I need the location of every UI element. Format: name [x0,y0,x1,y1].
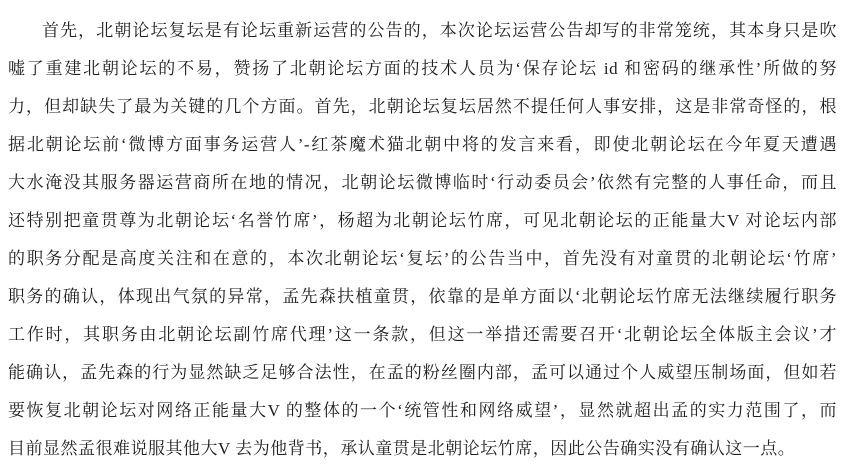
text-line: 工作时，其职务由北朝论坛副竹席代理’这一条款，但这一举措还需要召开‘北朝论坛全体… [8,316,837,354]
text-line: 职务的确认，体现出气氛的异常，孟先森扶植童贯，依靠的是单方面以‘北朝论坛竹席无法… [8,278,837,316]
text-line: 要恢复北朝论坛对网络正能量大V 的整体的一个‘统管性和网络威望’，显然就超出孟的… [8,392,837,430]
text-line: 还特别把童贯尊为北朝论坛‘名誉竹席’，杨超为北朝论坛竹席，可见北朝论坛的正能量大… [8,202,837,240]
text-line: 目前显然孟很难说服其他大V 去为他背书，承认童贯是北朝论坛竹席，因此公告确实没有… [8,430,837,468]
text-line: 能确认，孟先森的行为显然缺乏足够合法性，在孟的粉丝圈内部，孟可以通过个人威望压制… [8,354,837,392]
text-line: 嘘了重建北朝论坛的不易，赞扬了北朝论坛方面的技术人员为‘保存论坛 id 和密码的… [8,50,837,88]
paragraph: 首先，北朝论坛复坛是有论坛重新运营的公告的，本次论坛运营公告却写的非常笼统，其本… [8,12,837,468]
document-page: 首先，北朝论坛复坛是有论坛重新运营的公告的，本次论坛运营公告却写的非常笼统，其本… [0,0,845,475]
text-line: 大水淹没其服务器运营商所在地的情况，北朝论坛微博临时‘行动委员会’依然有完整的人… [8,164,837,202]
text-line: 首先，北朝论坛复坛是有论坛重新运营的公告的，本次论坛运营公告却写的非常笼统，其本… [8,12,837,50]
text-line: 据北朝论坛前‘微博方面事务运营人’-红茶魔术猫北朝中将的发言来看，即使北朝论坛在… [8,126,837,164]
text-line: 的职务分配是高度关注和在意的，本次北朝论坛‘复坛’的公告当中，首先没有对童贯的北… [8,240,837,278]
text-line: 力，但却缺失了最为关键的几个方面。首先，北朝论坛复坛居然不提任何人事安排，这是非… [8,88,837,126]
